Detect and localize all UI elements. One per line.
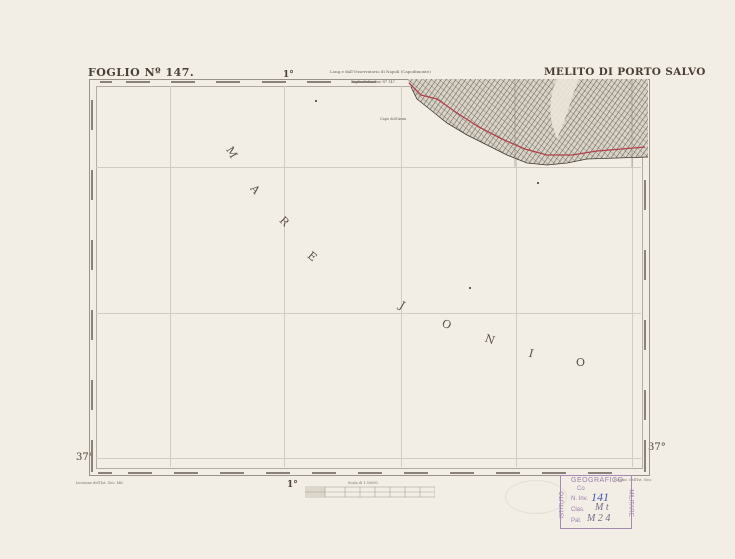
stamp-top-text: GEOGRAFICO [571,477,623,484]
sheet-number-title: FOGLIO Nº 147. [88,66,194,79]
frame-tick [496,472,520,474]
frame-tick [98,472,112,474]
frame-tick [312,472,336,474]
frame-tick [450,472,474,474]
grid-line-vertical [170,86,171,467]
frame-tick [91,380,93,410]
frame-tick [542,472,566,474]
meridian-label-bottom: 1° [287,480,298,490]
stamp-class-value: M t [595,502,609,513]
scale-bar [305,485,435,499]
grid-line-horizontal [96,458,641,459]
frame-tick [91,240,93,270]
stamp-shelf-label: Pal. [571,518,581,524]
archive-stamp: GEOGRAFICO ISTITUTO MILITARE Co N. Inv. … [560,475,632,529]
frame-tick [307,81,331,83]
frame-tick [91,440,93,472]
frame-tick [262,81,286,83]
sheet-name-title: MELITO DI PORTO SALVO [544,66,706,78]
frame-tick [91,100,93,130]
longitude-note: Long.e dall'Osservatorio di Napoli (Capo… [330,69,431,74]
frame-tick [91,310,93,340]
frame-tick [220,472,244,474]
stamp-side-left: ISTITUTO [560,491,566,518]
stamp-row1-label: Co [577,486,585,492]
stamp-inventory-label: N. Inv. [571,496,588,502]
frame-tick [404,472,428,474]
sea-letter: O [576,356,585,369]
sounding-dot [469,287,471,289]
frame-tick [352,81,376,83]
frame-tick [588,472,612,474]
frame-tick [644,320,646,350]
grid-line-horizontal [96,167,641,168]
map-sheet: FOGLIO Nº 147. MELITO DI PORTO SALVO Lon… [0,0,735,559]
coastline-terrain [407,79,648,167]
frame-tick [174,472,198,474]
grid-line-vertical [401,86,402,467]
grid-line-vertical [284,86,285,467]
sounding-dot [315,100,317,102]
embossed-seal [505,480,567,514]
frame-tick [171,81,195,83]
frame-tick [358,472,382,474]
frame-tick [100,81,112,83]
frame-tick [128,472,152,474]
stamp-class-label: Clas. [571,507,585,513]
sounding-dot [537,182,539,184]
frame-tick [644,180,646,210]
stamp-side-right: MILITARE [628,489,634,516]
grid-line-horizontal [96,313,641,314]
frame-tick [644,440,646,472]
frame-tick [216,81,240,83]
frame-tick [266,472,290,474]
stamp-shelf-value: M 2 4 [587,513,610,524]
frame-tick [644,390,646,420]
frame-tick [644,250,646,280]
cape-label: Capo dell'Armi [380,117,406,121]
frame-tick [126,81,150,83]
latitude-label-right: 37° [648,442,666,453]
frame-tick [91,170,93,200]
engraver-credit: Incisione dell'Ist. Geo. Mil. [76,481,124,485]
